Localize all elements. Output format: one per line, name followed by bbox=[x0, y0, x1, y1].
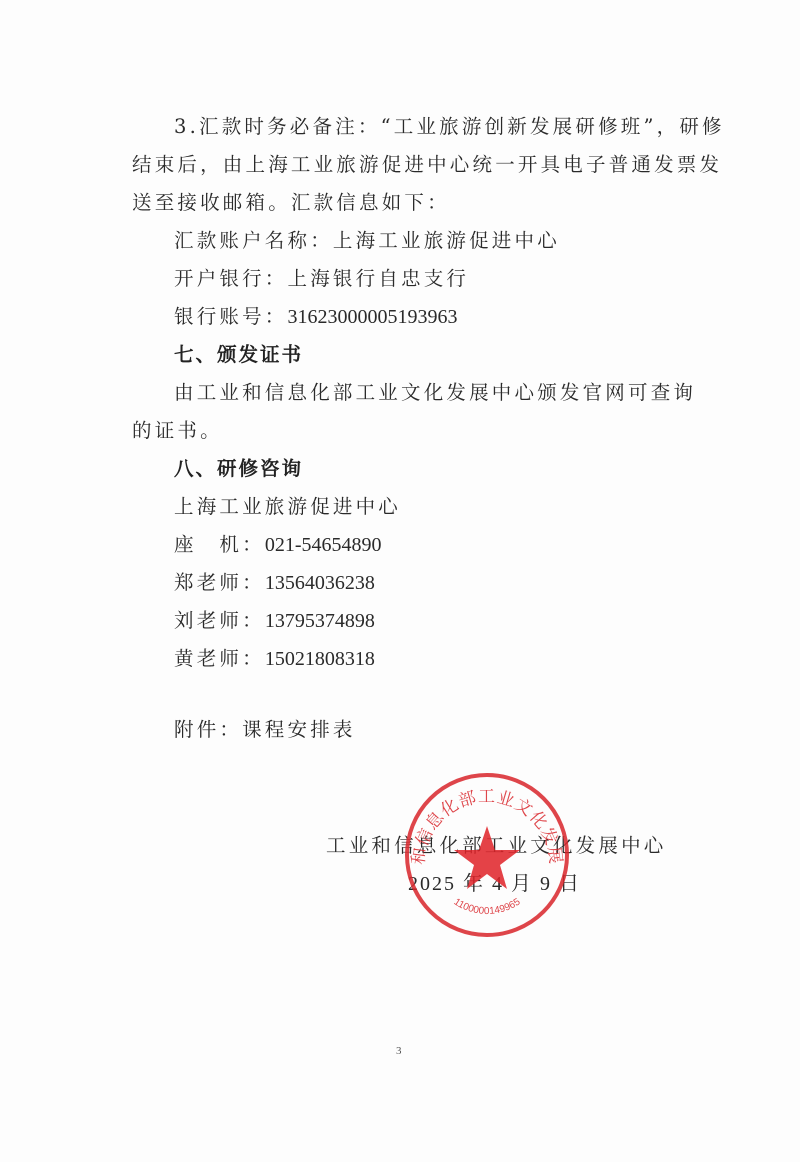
account-number-value: 31623000005193963 bbox=[288, 306, 458, 328]
attachment-note: 附件：课程安排表 bbox=[174, 716, 356, 744]
contact-row: 郑老师：13564036238 bbox=[174, 569, 375, 597]
section-7-heading: 七、颁发证书 bbox=[174, 341, 303, 369]
bank-row: 开户银行：上海银行自忠支行 bbox=[174, 265, 469, 293]
payment-note-line-1: 3.汇款时务必备注：“工业旅游创新发展研修班”，研修 bbox=[174, 113, 725, 141]
section-8-heading: 八、研修咨询 bbox=[174, 455, 303, 483]
seal-icon: 工业和信息化部工业文化发展中心 1100000149965 bbox=[402, 770, 572, 940]
section-7-line-1: 由工业和信息化部工业文化发展中心颁发官网可查询 bbox=[174, 379, 696, 407]
payment-note-line-3: 送至接收邮箱。汇款信息如下： bbox=[132, 189, 450, 217]
contact-phone: 021-54654890 bbox=[265, 534, 382, 556]
contact-row: 黄老师：15021808318 bbox=[174, 645, 375, 673]
svg-text:1100000149965: 1100000149965 bbox=[452, 896, 523, 917]
section-7-line-2: 的证书。 bbox=[132, 417, 223, 445]
account-number-row: 银行账号：31623000005193963 bbox=[174, 303, 458, 331]
contact-row: 刘老师：13795374898 bbox=[174, 607, 375, 635]
contact-label: 刘老师： bbox=[174, 609, 265, 632]
account-number-label: 银行账号： bbox=[174, 305, 288, 328]
contact-phone: 15021808318 bbox=[265, 648, 375, 670]
account-name-value: 上海工业旅游促进中心 bbox=[333, 229, 560, 252]
bank-label: 开户银行： bbox=[174, 267, 288, 290]
consult-org: 上海工业旅游促进中心 bbox=[174, 493, 401, 521]
contact-label: 黄老师： bbox=[174, 647, 265, 670]
page-number: 3 bbox=[396, 1045, 402, 1057]
bank-value: 上海银行自忠支行 bbox=[288, 267, 470, 290]
contact-row: 座 机：021-54654890 bbox=[174, 531, 381, 559]
contact-label: 座 机： bbox=[174, 533, 265, 556]
account-name-label: 汇款账户名称： bbox=[174, 229, 333, 252]
account-name-row: 汇款账户名称：上海工业旅游促进中心 bbox=[174, 227, 560, 255]
contact-phone: 13564036238 bbox=[265, 572, 375, 594]
contact-phone: 13795374898 bbox=[265, 610, 375, 632]
official-seal: 工业和信息化部工业文化发展中心 1100000149965 bbox=[402, 770, 572, 940]
payment-note-line-2: 结束后，由上海工业旅游促进中心统一开具电子普通发票发 bbox=[132, 151, 722, 179]
contact-label: 郑老师： bbox=[174, 571, 265, 594]
